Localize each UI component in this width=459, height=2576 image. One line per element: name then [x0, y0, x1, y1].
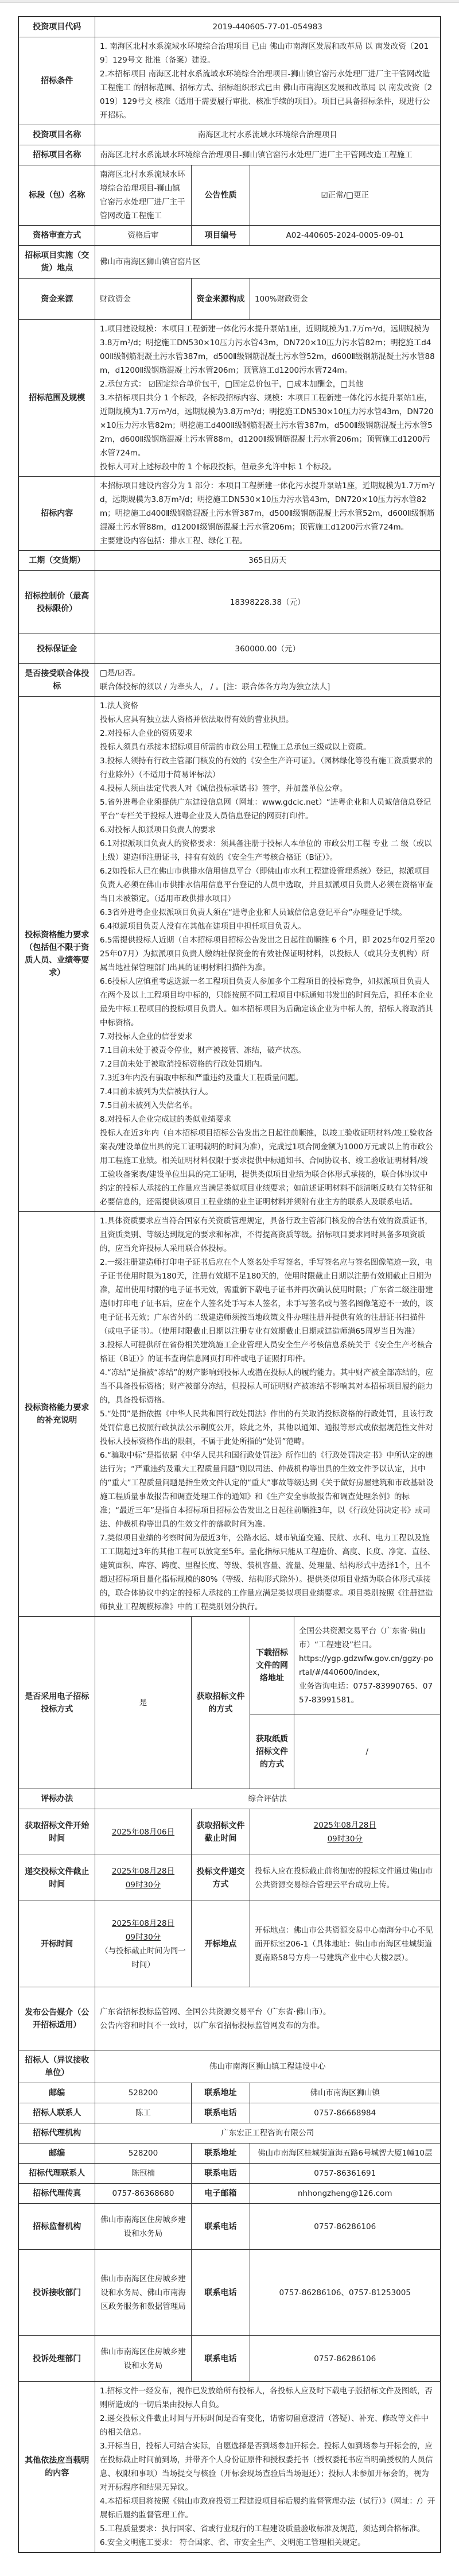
- table-row: 资金来源 财政资金 资金来源构成 100%财政资金: [18, 279, 440, 320]
- table-row: 招标代理机构 广东宏正工程咨询有限公司: [18, 2123, 440, 2144]
- contact-address-agency-value: 佛山市南海区桂城街道海五路6号城智大厦1幢10层: [250, 2144, 440, 2164]
- tender-project-name-value: 南海区北村水系流域水环境综合治理项目-狮山镇官窑污水处理厂进厂主干管网改造工程施…: [95, 145, 440, 165]
- label-investment-project-code: 投资项目代码: [18, 17, 95, 37]
- table-row: 招标代理传真 0757-86368680 电子邮箱 nhhongzheng@12…: [18, 2184, 440, 2204]
- table-row: 投资项目名称 南海区北村水系流域水环境综合治理项目: [18, 125, 440, 145]
- paragraph: 2.对投标人企业的资质要求: [100, 727, 435, 740]
- paragraph: 7.4目前未被列为失信被执行人。: [100, 1085, 435, 1099]
- table-row: 其他依法应当载明的内容 1.招标文件一经发布，视作已发放给所有投标人，各投标人应…: [18, 2382, 440, 2553]
- table-row: 投资项目代码 2019-440605-77-01-054983: [18, 17, 440, 37]
- table-row: 投诉处理部门 佛山市南海区住房城乡建设和水务局 联系电话 0757-862861…: [18, 2336, 440, 2382]
- label-agency-email: 电子邮箱: [191, 2184, 250, 2204]
- paragraph: 1.具体资质要求应当符合国家有关资质管理规定，具备行政主管部门核发的合法有效的资…: [100, 1214, 435, 1256]
- paragraph: 投标人须具有承接本招标项目所需的市政公用工程施工总承包三级或以上资质。: [100, 740, 435, 754]
- table-row: 是否接受联合体投标 □是/☑否。联合体投标的须以 / 为牵头人， / 。[注：联…: [18, 664, 440, 697]
- paragraph: 2.承包方式： ☑固定综合单价包干，□固定总价包干，□成本加酬金，□其他: [100, 377, 435, 391]
- paragraph: 3.投标人须持有行政主管部门核发的有效的《安全生产许可证》。（园林绿化等没有施工…: [100, 754, 435, 782]
- paragraph: 4.“冻结”是指被“冻结”的财产影响到投标人或潜在投标人的履约能力。其中财产被全…: [100, 1366, 435, 1407]
- paragraph: 3.投标人可提供所在省份相关建筑施工企业管理人员安全生产考核信息系统关于《安全生…: [100, 1338, 435, 1366]
- document-obtain-start-time-value: 2025年08月06日: [95, 1809, 191, 1855]
- paragraph: 1.招标文件一经发布，视作已发放给所有投标人，各投标人应及时下载电子版招标文件及…: [100, 2384, 435, 2412]
- paragraph: 4.本招标项目将按照《佛山市政府投资工程建设项目标后履约监督管理办法（试行）》（…: [100, 2494, 435, 2522]
- agency-phone-value: 0757-86361691: [250, 2164, 440, 2184]
- paragraph: 投标人在近3年内（自本招标项目招标公告发出之日起往前顺推，以竣工验收证明材料/竣…: [100, 1126, 435, 1209]
- paragraph: 5.省外进粤企业须提供广东建设信息网（网址：www.gdcic.net）“进粤企…: [100, 795, 435, 823]
- complaint-handling-dept-value: 佛山市南海区住房城乡建设和水务局: [95, 2336, 191, 2382]
- paragraph: 6.对投标人拟派项目负责人的要求: [100, 823, 435, 837]
- paragraph: 7.1目前未处于被责令停业，财产被接管、冻结，破产状态。: [100, 1044, 435, 1057]
- paragraph: 7.2目前未处于被取消投标资格的行政处罚期内。: [100, 1057, 435, 1071]
- table-row: 开标时间 2025年08月28日 09时30分 （与投标截止时间为同一时间） 开…: [18, 1901, 440, 1987]
- label-tender-project-name: 招标项目名称: [18, 145, 95, 165]
- label-funding-composition: 资金来源构成: [191, 279, 250, 320]
- complaint-receiving-dept-value: 佛山市南海区住房城乡建设和水务局、佛山市南海区政务服务和数据管理局: [95, 2250, 191, 2336]
- complaint-handling-phone-value: 0757-86286106: [250, 2336, 440, 2382]
- label-tenderer-contact: 招标人联系人: [18, 2103, 95, 2123]
- label-announcement-nature: 公告性质: [191, 165, 250, 226]
- supervision-phone-value: 0757-86286106: [250, 2204, 440, 2250]
- paragraph: 6.3省外进粤企业拟派项目负责人须在“进粤企业和人员诚信信息登记平台”办理登记手…: [100, 906, 435, 920]
- time-text: 09时30分: [100, 1930, 186, 1944]
- postal-code-tenderer-value: 528200: [95, 2083, 191, 2103]
- funding-source-value: 财政资金: [95, 279, 191, 320]
- label-download-url: 下载招标文件的网络地址: [250, 1617, 294, 1714]
- label-postal-code-agency: 邮编: [18, 2144, 95, 2164]
- label-paper-documents-method: 获取纸质招标文件的方式: [250, 1714, 294, 1789]
- agency-fax-value: 0757-86368680: [95, 2184, 191, 2204]
- paragraph: 4.投标人须由法定代表人对《诚信投标承诺书》签字，并加盖单位公章。: [100, 782, 435, 795]
- bid-opening-time-value: 2025年08月28日 09时30分 （与投标截止时间为同一时间）: [95, 1901, 191, 1987]
- announcement-nature-value: ☑正常/□更正: [250, 165, 440, 226]
- label-contact-address-agency: 联系地址: [191, 2144, 250, 2164]
- paragraph: 7.类似项目业绩的考察时间为最近3年，公路水运、城市轨道交通、民航、水利、电力工…: [100, 1531, 435, 1614]
- announcement-media-value: 广东省招标投标监管网、全国公共资源交易平台（广东省·佛山市）。公告内容和时间不一…: [95, 1987, 440, 2050]
- label-consortium-bidding: 是否接受联合体投标: [18, 664, 95, 697]
- label-complaint-receiving-phone: 联系电话: [191, 2250, 250, 2336]
- consortium-bidding-value: □是/☑否。联合体投标的须以 / 为牵头人， / 。[注：联合体各方均为独立法人…: [95, 664, 440, 697]
- paragraph: 主要建设内容包括：排水工程、绿化工程。: [100, 534, 435, 548]
- label-qualification-supplementary-notes: 投标资格能力要求的补充说明: [18, 1212, 95, 1617]
- label-bidder-qualification-requirements: 投标资格能力要求（包括但不限于资质人员、业绩等要求）: [18, 697, 95, 1212]
- table-row: 投标资格能力要求的补充说明 1.具体资质要求应当符合国家有关资质管理规定，具备行…: [18, 1212, 440, 1617]
- paragraph: 投标人应具有独立法人资格并依法取得有效的营业执照。: [100, 713, 435, 727]
- qualification-supplementary-notes-value: 1.具体资质要求应当符合国家有关资质管理规定，具备行政主管部门核发的合法有效的资…: [95, 1212, 440, 1617]
- paragraph: 7.3近3年内没有骗取中标和严重违约及重大工程质量问题。: [100, 1071, 435, 1085]
- label-investment-project-name: 投资项目名称: [18, 125, 95, 145]
- paragraph: 6.1对拟派项目负责人的资格要求：须具备注册于投标人本单位的 市政公用工程 专业…: [100, 837, 435, 864]
- label-bid-submission-deadline: 递交投标文件截止时间: [18, 1855, 95, 1901]
- table-row: 招标代理联系人 陈冠楠 联系电话 0757-86361691: [18, 2164, 440, 2184]
- paragraph: □是/☑否。: [100, 666, 435, 680]
- document-obtain-deadline-value: 2025年08月28日 09时30分: [250, 1809, 440, 1855]
- paragraph: 5.工程质量要求：执行国家、省或行业现行的工程建设质量验收标准及规范，须达到合格…: [100, 2522, 435, 2536]
- bidding-scope-scale-value: 1.项目建设规模：本项目工程新建一体化污水提升泵站1座，近期规模为1.7万m³/…: [95, 320, 440, 477]
- paragraph: 全国公共资源交易平台（广东省·佛山市）“工程建设”栏目。: [299, 1624, 435, 1652]
- table-row: 评标办法 综合评估法: [18, 1789, 440, 1809]
- label-other-contents: 其他依法应当载明的内容: [18, 2382, 95, 2553]
- paragraph: 6.5需提供投标人近期（自本招标项目招标公告发出之日起往前顺推 6 个月，即 2…: [100, 933, 435, 975]
- label-tenderer: 招标人（异议接收单位）: [18, 2050, 95, 2083]
- evaluation-method-value: 综合评估法: [95, 1789, 440, 1809]
- bid-deposit-value: 360000.00（元）: [95, 634, 440, 664]
- label-bid-opening-time: 开标时间: [18, 1901, 95, 1987]
- table-row: 投标资格能力要求（包括但不限于资质人员、业绩等要求） 1.法人资格投标人应具有独…: [18, 697, 440, 1212]
- bidding-conditions-value: 1. 南海区北村水系流域水环境综合治理项目 已由 佛山市南海区发展和改革局 以 …: [95, 37, 440, 125]
- table-row: 投诉接收部门 佛山市南海区住房城乡建设和水务局、佛山市南海区政务服务和数据管理局…: [18, 2250, 440, 2336]
- table-row: 发布公告媒介（公开招标适用） 广东省招标投标监管网、全国公共资源交易平台（广东省…: [18, 1987, 440, 2050]
- table-row: 招标范围及规模 1.项目建设规模：本项目工程新建一体化污水提升泵站1座，近期规模…: [18, 320, 440, 477]
- paragraph: 投标人可对上述标段中的 1 个标段投标，但最多允许中标 1 个标段。: [100, 460, 435, 474]
- table-row: 招标条件 1. 南海区北村水系流域水环境综合治理项目 已由 佛山市南海区发展和改…: [18, 37, 440, 125]
- paragraph: 6.安全文明施工要求： 符合国家、省、市安全生产、文明施工管理相关规定。: [100, 2536, 435, 2550]
- label-supervision-agency: 招标监督机构: [18, 2204, 95, 2250]
- table-row: 是否采用电子招标投标方式 是 获取招标文件的方式 下载招标文件的网络地址 全国公…: [18, 1617, 440, 1714]
- label-bidding-scope-scale: 招标范围及规模: [18, 320, 95, 477]
- table-row: 工期（交货期） 365日历天: [18, 551, 440, 571]
- bid-submission-method-value: 投标人应在投标截止前将加密的投标文件通过佛山市公共资源交易综合管理云平台成功上传…: [250, 1855, 440, 1901]
- paragraph: 6.“骗取中标”是指依据《中华人民共和国行政处罚法》所作出的《行政处罚决定书》中…: [100, 1449, 435, 1531]
- label-qualification-review-method: 资格审查方式: [18, 226, 95, 246]
- tenderer-contact-value: 陈工: [95, 2103, 191, 2123]
- table-row: 招标人联系人 陈工 联系电话 0757-86668984: [18, 2103, 440, 2123]
- postal-code-agency-value: 528200: [95, 2144, 191, 2164]
- label-implementation-location: 招标项目实施（交货）地点: [18, 246, 95, 279]
- paragraph: 8.对投标人企业完成过的类似业绩要求: [100, 1113, 435, 1126]
- label-bid-control-price: 招标控制价（最高投标限价）: [18, 571, 95, 634]
- investment-project-name-value: 南海区北村水系流域水环境综合治理项目: [95, 125, 440, 145]
- label-electronic-bidding: 是否采用电子招标投标方式: [18, 1617, 95, 1789]
- project-number-value: A02-440605-2024-0005-09-01: [250, 226, 440, 246]
- paragraph: 2.一级注册建造师打印电子证书后应在个人签名处手写签名，手写签名应与签名图像笔迹…: [100, 1256, 435, 1338]
- table-row: 邮编 528200 联系地址 佛山市南海区狮山镇: [18, 2083, 440, 2103]
- table-row: 招标项目实施（交货）地点 佛山市南海区狮山镇官窑片区: [18, 246, 440, 279]
- label-bid-opening-location: 开标地点: [191, 1901, 250, 1987]
- bidding-agency-value: 广东宏正工程咨询有限公司: [95, 2123, 440, 2144]
- label-agency-contact: 招标代理联系人: [18, 2164, 95, 2184]
- construction-period-value: 365日历天: [95, 551, 440, 571]
- bid-control-price-value: 18398228.38（元）: [95, 571, 440, 634]
- label-tenderer-phone: 联系电话: [191, 2103, 250, 2123]
- paragraph: 业务咨询电话：0757-83990765、0757-83991581。: [299, 1679, 435, 1707]
- bid-submission-deadline-value: 2025年08月28日 09时30分: [95, 1855, 191, 1901]
- tenderer-phone-value: 0757-86668984: [250, 2103, 440, 2123]
- label-postal-code-tenderer: 邮编: [18, 2083, 95, 2103]
- label-document-obtain-start-time: 获取招标文件开始时间: [18, 1809, 95, 1855]
- paragraph: 2.本招标项目 南海区北村水系流域水环境综合治理项目-狮山镇官窑污水处理厂进厂主…: [100, 67, 435, 122]
- label-document-obtain-deadline: 获取招标文件截止时间: [191, 1809, 250, 1855]
- qualification-review-method-value: 资格后审: [95, 226, 191, 246]
- date-text: 2025年08月28日: [100, 1917, 186, 1930]
- label-bidding-agency: 招标代理机构: [18, 2123, 95, 2144]
- agency-email-value: nhhongzheng@126.com: [250, 2184, 440, 2204]
- table-row: 招标项目名称 南海区北村水系流域水环境综合治理项目-狮山镇官窑污水处理厂进厂主干…: [18, 145, 440, 165]
- table-row: 招标监督机构 佛山市南海区住房城乡建设和水务局 联系电话 0757-862861…: [18, 2204, 440, 2250]
- label-bid-submission-method: 投标文件递交方式: [191, 1855, 250, 1901]
- table-row: 递交投标文件截止时间 2025年08月28日 09时30分 投标文件递交方式 投…: [18, 1855, 440, 1901]
- label-complaint-receiving-dept: 投诉接收部门: [18, 2250, 95, 2336]
- supervision-agency-value: 佛山市南海区住房城乡建设和水务局: [95, 2204, 191, 2250]
- download-url-value: 全国公共资源交易平台（广东省·佛山市）“工程建设”栏目。https://ygp.…: [294, 1617, 440, 1714]
- paragraph: 本招标项目建设内容分为 1 部分：本项目工程新建一体化污水提升泵站1座，近期规模…: [100, 479, 435, 534]
- paragraph: https://ygp.gdzwfw.gov.cn/ggzy-portal/#/…: [299, 1652, 435, 1679]
- tender-announcement-table: 投资项目代码 2019-440605-77-01-054983 招标条件 1. …: [18, 16, 441, 2553]
- time-text: 09时30分: [255, 1832, 435, 1846]
- note-text: （与投标截止时间为同一时间）: [100, 1944, 186, 1972]
- paragraph: 6.6投标人应慎重考虑选派一名工程项目负责人参加多个工程项目的投标竞争，如拟派项…: [100, 975, 435, 1030]
- bidding-content-value: 本招标项目建设内容分为 1 部分：本项目工程新建一体化污水提升泵站1座，近期规模…: [95, 477, 440, 551]
- label-supervision-phone: 联系电话: [191, 2204, 250, 2250]
- table-row: 资格审查方式 资格后审 项目编号 A02-440605-2024-0005-09…: [18, 226, 440, 246]
- date-text: 2025年08月28日: [100, 1864, 186, 1878]
- label-bid-deposit: 投标保证金: [18, 634, 95, 664]
- paragraph: 联合体投标的须以 / 为牵头人， / 。[注：联合体各方均为独立法人]: [100, 680, 435, 694]
- table-row: 招标人（异议接收单位） 佛山市南海区狮山镇工程建设中心: [18, 2050, 440, 2083]
- label-agency-fax: 招标代理传真: [18, 2184, 95, 2204]
- date-text: 2025年08月06日: [112, 1828, 174, 1837]
- table-row: 邮编 528200 联系地址 佛山市南海区桂城街道海五路6号城智大厦1幢10层: [18, 2144, 440, 2164]
- label-announcement-media: 发布公告媒介（公开招标适用）: [18, 1987, 95, 2050]
- label-obtain-documents-method: 获取招标文件的方式: [191, 1617, 250, 1789]
- label-complaint-handling-dept: 投诉处理部门: [18, 2336, 95, 2382]
- funding-composition-value: 100%财政资金: [250, 279, 440, 320]
- label-bidding-content: 招标内容: [18, 477, 95, 551]
- paragraph: 5.“处罚”是指依据《中华人民共和国行政处罚法》作出的有关取消投标资格的行政处罚…: [100, 1407, 435, 1449]
- date-text: 2025年08月28日: [255, 1818, 435, 1832]
- paragraph: 3.本招标项目共分 1 个标段，各标段招标内容、规模：本项目工程新建一体化污水提…: [100, 391, 435, 460]
- paragraph: 1. 南海区北村水系流域水环境综合治理项目 已由 佛山市南海区发展和改革局 以 …: [100, 40, 435, 67]
- label-project-number: 项目编号: [191, 226, 250, 246]
- section-package-name-value: 南海区北村水系流域水环境综合治理项目-狮山镇官窑污水处理厂进厂主干管网改造工程施…: [95, 165, 191, 226]
- top-divider-bar: [0, 0, 459, 3]
- complaint-receiving-phone-value: 0757-86286106、0757-81253005: [250, 2250, 440, 2336]
- electronic-bidding-value: 是: [95, 1617, 191, 1789]
- bidder-qualification-requirements-value: 1.法人资格投标人应具有独立法人资格并依法取得有效的营业执照。2.对投标人企业的…: [95, 697, 440, 1212]
- paragraph: 3.开标当日，投标人可结合实际，自愿选择是否到场参加开标会。投标人如到场参与开标…: [100, 2439, 435, 2494]
- agency-contact-value: 陈冠楠: [95, 2164, 191, 2184]
- label-section-package-name: 标段（包）名称: [18, 165, 95, 226]
- time-text: 09时30分: [100, 1878, 186, 1892]
- paragraph: 1.项目建设规模：本项目工程新建一体化污水提升泵站1座，近期规模为1.7万m³/…: [100, 322, 435, 377]
- paper-documents-method-value: /: [294, 1714, 440, 1789]
- paragraph: 公告内容和时间不一致时，以广东省招标投标监管网发布的为准。: [100, 2019, 435, 2033]
- label-contact-address-tenderer: 联系地址: [191, 2083, 250, 2103]
- label-funding-source: 资金来源: [18, 279, 95, 320]
- paragraph: 1.法人资格: [100, 699, 435, 713]
- paragraph: 2.递交投标文件截止时间与开标时间是否有变化，请密切留意澄清（答疑）、补充、修改…: [100, 2412, 435, 2439]
- label-complaint-handling-phone: 联系电话: [191, 2336, 250, 2382]
- label-construction-period: 工期（交货期）: [18, 551, 95, 571]
- table-row: 标段（包）名称 南海区北村水系流域水环境综合治理项目-狮山镇官窑污水处理厂进厂主…: [18, 165, 440, 226]
- contact-address-tenderer-value: 佛山市南海区狮山镇: [250, 2083, 440, 2103]
- table-row: 招标控制价（最高投标限价） 18398228.38（元）: [18, 571, 440, 634]
- paragraph: 6.4拟派项目负责人没有在其他在建项目中担任项目负责人。: [100, 920, 435, 933]
- other-contents-value: 1.招标文件一经发布，视作已发放给所有投标人，各投标人应及时下载电子版招标文件及…: [95, 2382, 440, 2553]
- table-row: 投标保证金 360000.00（元）: [18, 634, 440, 664]
- label-bidding-conditions: 招标条件: [18, 37, 95, 125]
- label-agency-phone: 联系电话: [191, 2164, 250, 2184]
- implementation-location-value: 佛山市南海区狮山镇官窑片区: [95, 246, 440, 279]
- paragraph: 广东省招标投标监管网、全国公共资源交易平台（广东省·佛山市）。: [100, 2005, 435, 2019]
- bid-opening-location-value: 开标地点：佛山市公共资源交易中心南海分中心不见面开标室206-1（具体地址：佛山…: [250, 1901, 440, 1987]
- paragraph: 6.2如投标人已在佛山市供排水信用信息平台（即佛山市水利工程建设管理系统）登记，…: [100, 864, 435, 906]
- tenderer-value: 佛山市南海区狮山镇工程建设中心: [95, 2050, 440, 2083]
- paragraph: 7.对投标人企业的信誉要求: [100, 1030, 435, 1044]
- investment-project-code-value: 2019-440605-77-01-054983: [95, 17, 440, 37]
- label-evaluation-method: 评标办法: [18, 1789, 95, 1809]
- table-row: 获取招标文件开始时间 2025年08月06日 获取招标文件截止时间 2025年0…: [18, 1809, 440, 1855]
- table-row: 招标内容 本招标项目建设内容分为 1 部分：本项目工程新建一体化污水提升泵站1座…: [18, 477, 440, 551]
- paragraph: 7.5目前未被列入失信名单。: [100, 1099, 435, 1113]
